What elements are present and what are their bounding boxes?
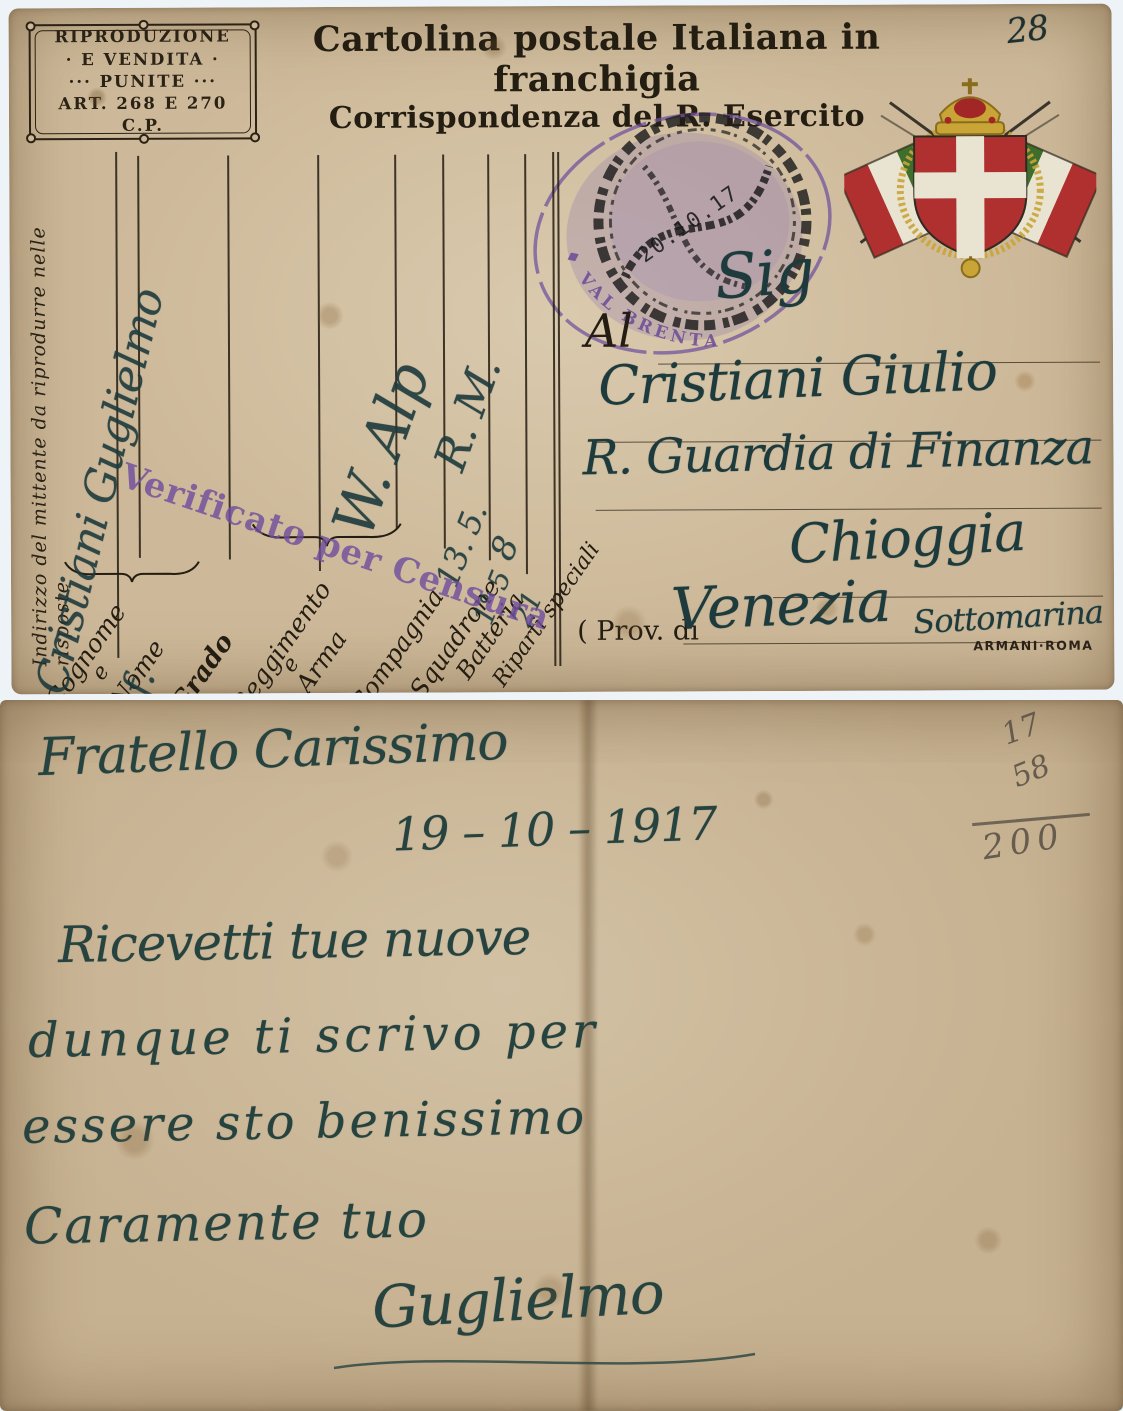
signature: Guglielmo [370, 1258, 665, 1341]
rivet-ornament [139, 134, 149, 144]
letter-line: dunque ti scrivo per [28, 1003, 600, 1069]
signature-flourish [330, 1348, 760, 1378]
form-column-line [442, 155, 446, 549]
letter-line: Caramente tuo [24, 1190, 430, 1255]
handwritten-entry: 8 [482, 531, 527, 566]
form-column-line [317, 155, 321, 571]
repro-line: · E VENDITA · [36, 48, 250, 71]
printer-imprint: ARMANI·ROMA [973, 638, 1093, 654]
letter-line: essere sto benissimo [22, 1089, 588, 1155]
reproduction-warning-box: RIPRODUZIONE · E VENDITA · ··· PUNITE ··… [29, 23, 258, 140]
handwritten-province: Venezia [670, 567, 892, 644]
form-label-grado: Grado [165, 628, 240, 694]
rivet-ornament [26, 21, 36, 31]
postcard-back: 17 58 200 Fratello Carissimo 19 – 10 – 1… [0, 700, 1123, 1411]
repro-line: ART. 268 E 270 C.P. [36, 92, 250, 137]
pencil-number: 58 [1007, 748, 1056, 795]
letter-date: 19 – 10 – 1917 [391, 796, 717, 861]
form-label-e: e [87, 660, 115, 685]
handwritten-entry: W. Alp [319, 354, 443, 544]
handwritten-sig-title: Sig [712, 234, 816, 314]
letter-line: Fratello Carissimo [37, 712, 508, 788]
postmark-stamp-icon: ♦ VAL BRENTA 20.10.17 [524, 71, 860, 362]
postcard-front: RIPRODUZIONE · E VENDITA · ··· PUNITE ··… [9, 4, 1115, 695]
form-column-line [487, 154, 491, 560]
handwritten-addressee-corps: R. Guardia di Finanza [582, 419, 1094, 486]
scanned-postcard-page: RIPRODUZIONE · E VENDITA · ··· PUNITE ··… [0, 0, 1123, 1411]
rivet-ornament [139, 20, 149, 30]
handwritten-city: Chioggia [787, 500, 1027, 576]
repro-line: ··· PUNITE ··· [36, 70, 250, 93]
letter-line: Ricevetti tue nuove [58, 908, 531, 974]
handwritten-corner-number: 28 [1005, 8, 1050, 52]
address-al-label: Al [585, 304, 633, 358]
savoy-coat-of-arms-icon [844, 50, 1097, 293]
pencil-number: 17 [997, 707, 1045, 753]
handwritten-entry: R. M. [425, 352, 512, 478]
handwritten-district: Sottomarina [912, 593, 1104, 642]
